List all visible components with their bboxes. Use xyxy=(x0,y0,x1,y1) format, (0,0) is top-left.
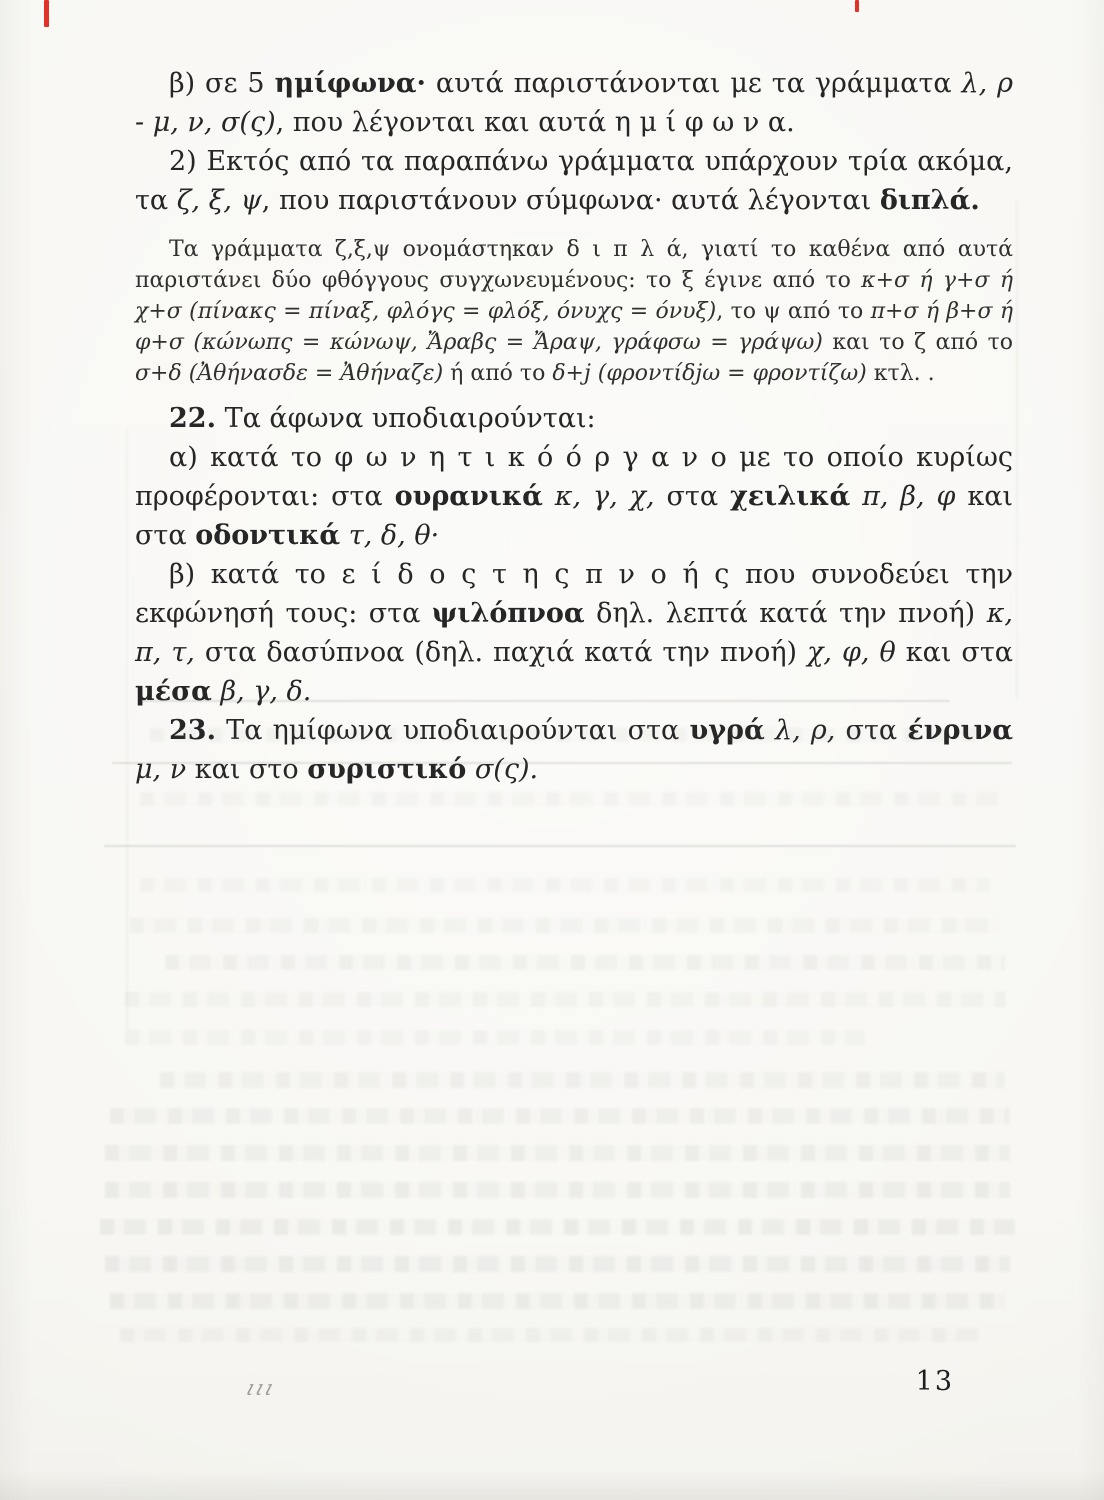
bleedthrough-row xyxy=(100,1219,1015,1235)
bleedthrough-row xyxy=(105,1182,1010,1198)
bleedthrough-row xyxy=(140,878,990,892)
paragraph-22b: β) κατά το ε ί δ ο ς τ η ς π ν ο ή ς που… xyxy=(135,555,1013,711)
paragraph-22-heading: 22. Τα άφωνα υποδιαιρούνται: xyxy=(135,399,1013,438)
paragraph-22a: α) κατά το φ ω ν η τ ι κ ό ό ρ γ α ν ο μ… xyxy=(135,438,1013,555)
bleedthrough-row xyxy=(140,792,1000,806)
bleedthrough-row xyxy=(110,1108,1010,1124)
bleedthrough-row xyxy=(125,1030,865,1045)
bleedthrough-vline-right xyxy=(1016,200,1018,700)
bleedthrough-row xyxy=(160,1072,1005,1088)
paragraph-double-letters: 2) Εκτός από τα παραπάνω γράμματα υπάρχο… xyxy=(135,142,1013,220)
paragraph-smallprint-note: Τα γράμματα ζ,ξ,ψ ονομάστηκαν δ ι π λ ά,… xyxy=(135,234,1013,389)
pencil-scribble: ιιι xyxy=(243,1376,279,1400)
scanned-book-page: β) σε 5 ημίφωνα· αυτά παριστάνονται με τ… xyxy=(0,0,1104,1500)
bleedthrough-row xyxy=(165,955,1005,970)
bleedthrough-rule xyxy=(104,845,1016,847)
bleedthrough-row xyxy=(105,1256,1010,1272)
bleedthrough-row xyxy=(120,1328,980,1342)
paragraph-semivowels: β) σε 5 ημίφωνα· αυτά παριστάνονται με τ… xyxy=(135,64,1013,142)
paragraph-23: 23. Τα ημίφωνα υποδιαιρούνται στα υγρά λ… xyxy=(135,711,1013,789)
bleedthrough-vline-left xyxy=(126,430,128,1030)
bleedthrough-row xyxy=(110,1293,1005,1309)
red-scan-mark-right xyxy=(855,0,859,12)
page-number: 13 xyxy=(916,1366,954,1397)
bleedthrough-row xyxy=(130,918,1000,933)
text-column: β) σε 5 ημίφωνα· αυτά παριστάνονται με τ… xyxy=(135,64,1013,789)
bleedthrough-row xyxy=(125,992,1005,1007)
bleedthrough-row xyxy=(105,1145,1010,1161)
red-scan-mark-left xyxy=(44,0,49,27)
